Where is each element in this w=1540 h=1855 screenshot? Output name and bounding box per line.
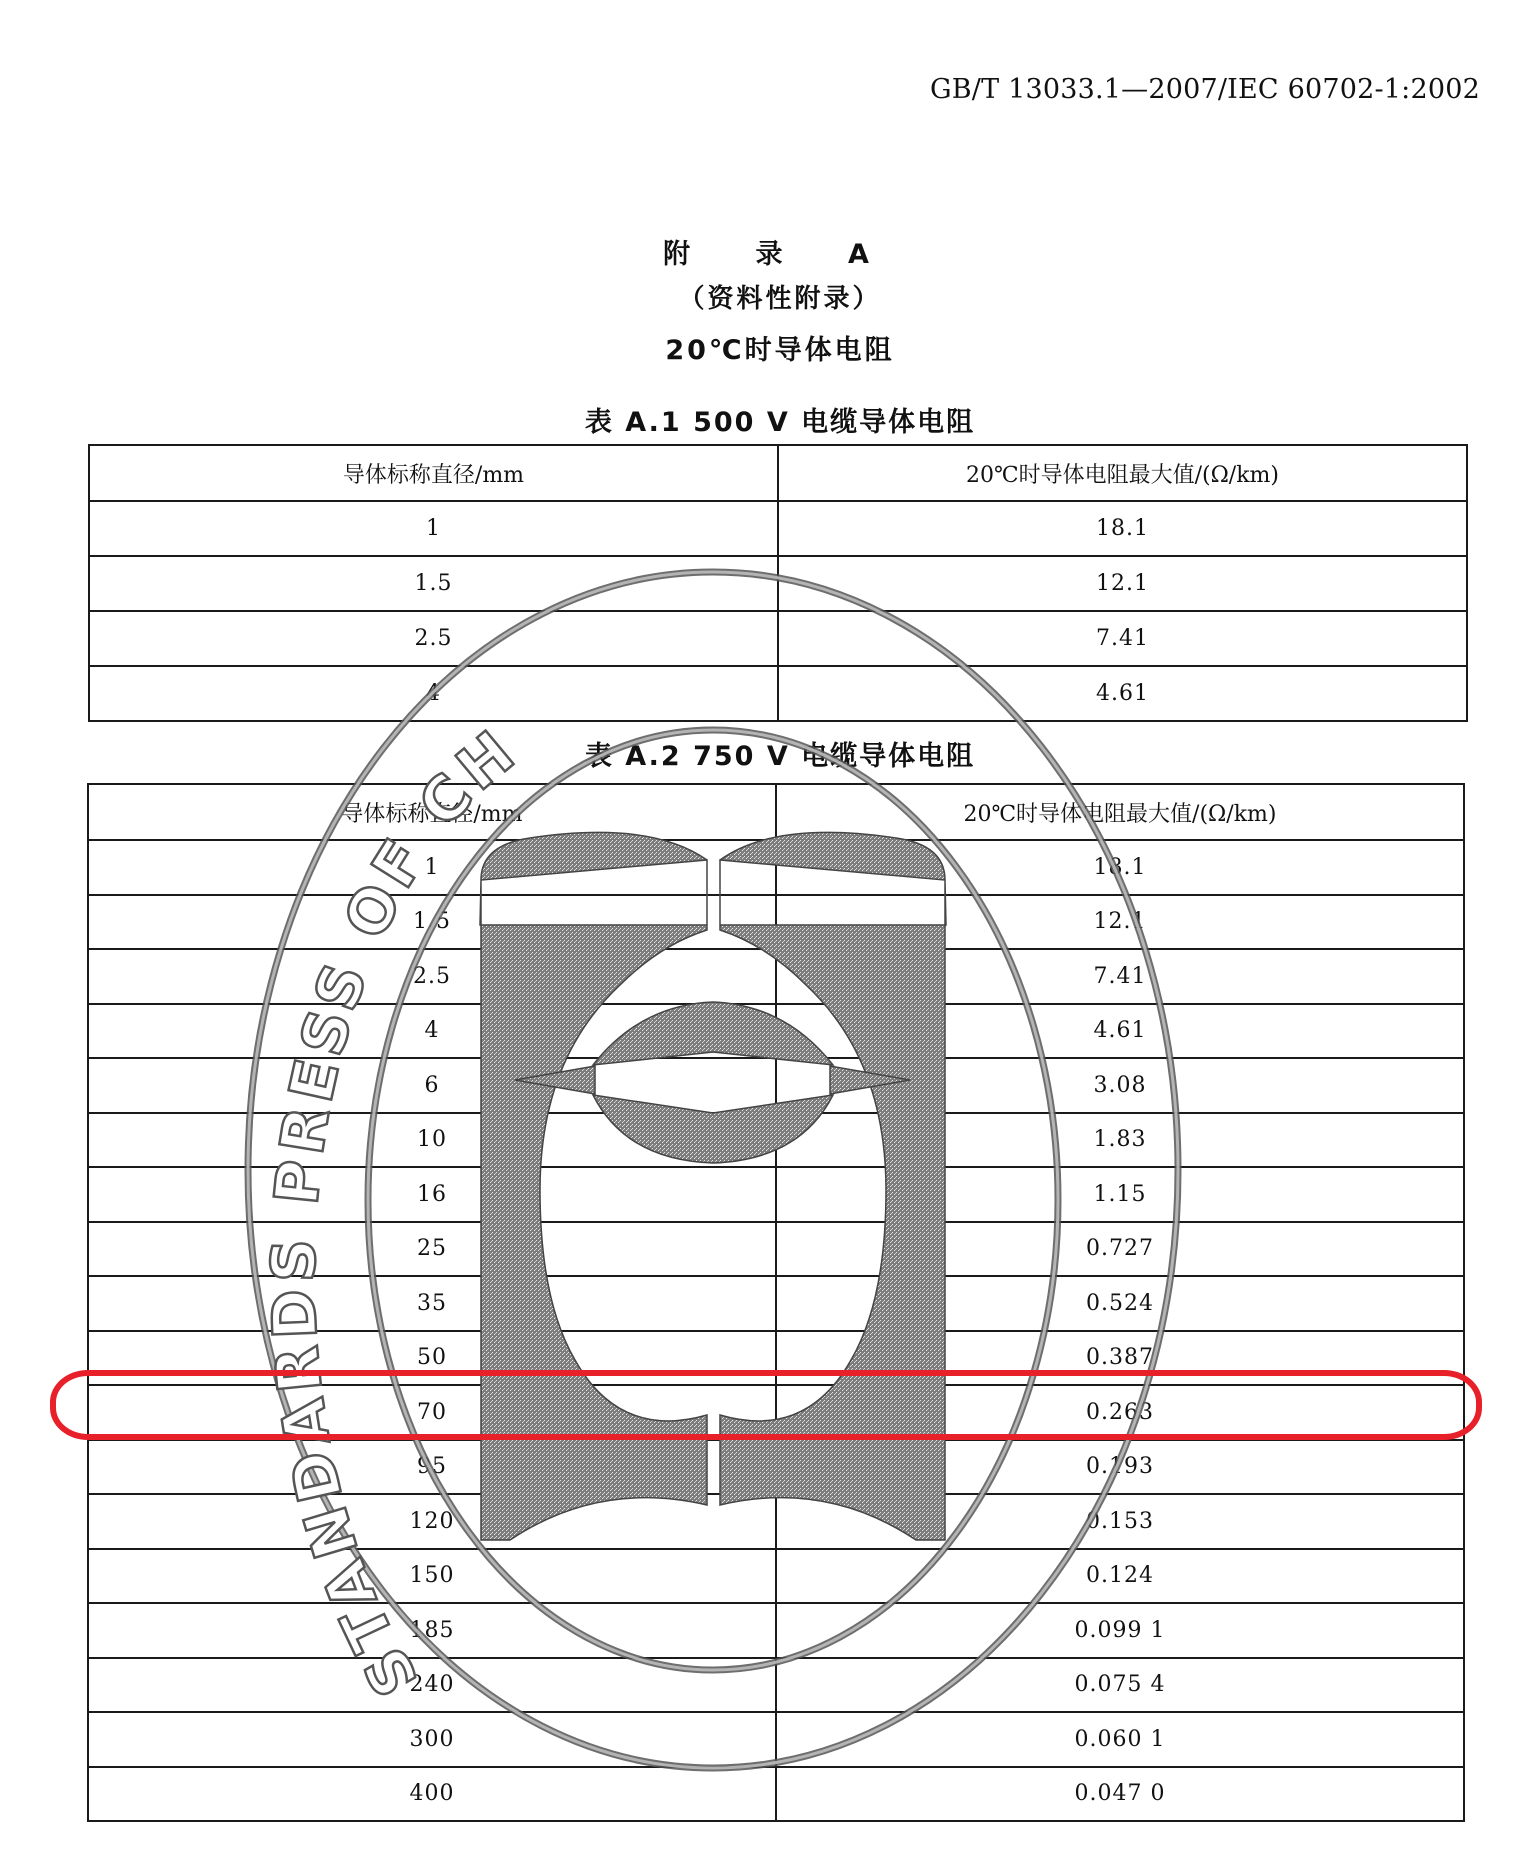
cell-max-resistance: 0.524	[776, 1276, 1464, 1331]
cell-nominal-diameter: 16	[88, 1167, 776, 1222]
standard-code: GB/T 13033.1—2007/IEC 60702-1:2002	[930, 74, 1480, 105]
table-row: 2.57.41	[88, 949, 1464, 1004]
cell-max-resistance: 0.263	[776, 1385, 1464, 1440]
table-a1: 导体标称直径/mm 20℃时导体电阻最大值/(Ω/km) 118.11.512.…	[88, 444, 1468, 722]
cell-max-resistance: 1.83	[776, 1113, 1464, 1168]
annex-subject: 20℃时导体电阻	[0, 328, 1540, 367]
column-header-diameter: 导体标称直径/mm	[89, 445, 778, 501]
cell-nominal-diameter: 10	[88, 1113, 776, 1168]
annex-title: 附 录 A	[0, 232, 1540, 271]
table-row: 3000.060 1	[88, 1712, 1464, 1767]
cell-nominal-diameter: 25	[88, 1222, 776, 1277]
table-row: 2400.075 4	[88, 1658, 1464, 1713]
cell-nominal-diameter: 1	[88, 840, 776, 895]
cell-nominal-diameter: 240	[88, 1658, 776, 1713]
table-row: 4000.047 0	[88, 1767, 1464, 1822]
cell-max-resistance: 0.047 0	[776, 1767, 1464, 1822]
cell-max-resistance: 0.075 4	[776, 1658, 1464, 1713]
cell-max-resistance: 0.060 1	[776, 1712, 1464, 1767]
table-row: 44.61	[89, 666, 1467, 721]
cell-max-resistance: 12.1	[778, 556, 1467, 611]
cell-nominal-diameter: 4	[89, 666, 778, 721]
table-header-row: 导体标称直径/mm 20℃时导体电阻最大值/(Ω/km)	[89, 445, 1467, 501]
cell-nominal-diameter: 2.5	[88, 949, 776, 1004]
cell-max-resistance: 0.153	[776, 1494, 1464, 1549]
cell-nominal-diameter: 1.5	[89, 556, 778, 611]
table-row: 101.83	[88, 1113, 1464, 1168]
cell-max-resistance: 18.1	[778, 501, 1467, 556]
cell-nominal-diameter: 70	[88, 1385, 776, 1440]
cell-nominal-diameter: 120	[88, 1494, 776, 1549]
cell-max-resistance: 1.15	[776, 1167, 1464, 1222]
cell-nominal-diameter: 95	[88, 1440, 776, 1495]
cell-max-resistance: 7.41	[778, 611, 1467, 666]
cell-max-resistance: 12.1	[776, 895, 1464, 950]
cell-max-resistance: 0.124	[776, 1549, 1464, 1604]
cell-max-resistance: 4.61	[776, 1004, 1464, 1059]
cell-max-resistance: 0.727	[776, 1222, 1464, 1277]
cell-nominal-diameter: 6	[88, 1058, 776, 1113]
cell-max-resistance: 18.1	[776, 840, 1464, 895]
cell-max-resistance: 3.08	[776, 1058, 1464, 1113]
table-row: 1.512.1	[88, 895, 1464, 950]
table-row: 950.193	[88, 1440, 1464, 1495]
cell-nominal-diameter: 1.5	[88, 895, 776, 950]
table-a1-title: 表 A.1 500 V 电缆导体电阻	[0, 400, 1540, 439]
table-row: 1500.124	[88, 1549, 1464, 1604]
table-a2-title: 表 A.2 750 V 电缆导体电阻	[0, 734, 1540, 773]
table-row: 1850.099 1	[88, 1603, 1464, 1658]
table-row: 63.08	[88, 1058, 1464, 1113]
cell-nominal-diameter: 185	[88, 1603, 776, 1658]
cell-nominal-diameter: 1	[89, 501, 778, 556]
cell-nominal-diameter: 35	[88, 1276, 776, 1331]
cell-nominal-diameter: 400	[88, 1767, 776, 1822]
table-row: 118.1	[88, 840, 1464, 895]
table-row: 250.727	[88, 1222, 1464, 1277]
cell-nominal-diameter: 150	[88, 1549, 776, 1604]
table-row: 2.57.41	[89, 611, 1467, 666]
column-header-resistance: 20℃时导体电阻最大值/(Ω/km)	[776, 784, 1464, 840]
table-row: 350.524	[88, 1276, 1464, 1331]
cell-nominal-diameter: 2.5	[89, 611, 778, 666]
table-row: 1200.153	[88, 1494, 1464, 1549]
table-row: 1.512.1	[89, 556, 1467, 611]
cell-max-resistance: 4.61	[778, 666, 1467, 721]
column-header-resistance: 20℃时导体电阻最大值/(Ω/km)	[778, 445, 1467, 501]
cell-max-resistance: 0.387	[776, 1331, 1464, 1386]
table-row: 700.263	[88, 1385, 1464, 1440]
column-header-diameter: 导体标称直径/mm	[88, 784, 776, 840]
cell-max-resistance: 0.099 1	[776, 1603, 1464, 1658]
cell-nominal-diameter: 300	[88, 1712, 776, 1767]
table-row: 500.387	[88, 1331, 1464, 1386]
table-row: 44.61	[88, 1004, 1464, 1059]
cell-max-resistance: 7.41	[776, 949, 1464, 1004]
table-a2: 导体标称直径/mm 20℃时导体电阻最大值/(Ω/km) 118.11.512.…	[87, 783, 1465, 1822]
annex-type: （资料性附录）	[0, 278, 1540, 315]
cell-nominal-diameter: 4	[88, 1004, 776, 1059]
table-row: 118.1	[89, 501, 1467, 556]
table-header-row: 导体标称直径/mm 20℃时导体电阻最大值/(Ω/km)	[88, 784, 1464, 840]
cell-nominal-diameter: 50	[88, 1331, 776, 1386]
cell-max-resistance: 0.193	[776, 1440, 1464, 1495]
table-row: 161.15	[88, 1167, 1464, 1222]
